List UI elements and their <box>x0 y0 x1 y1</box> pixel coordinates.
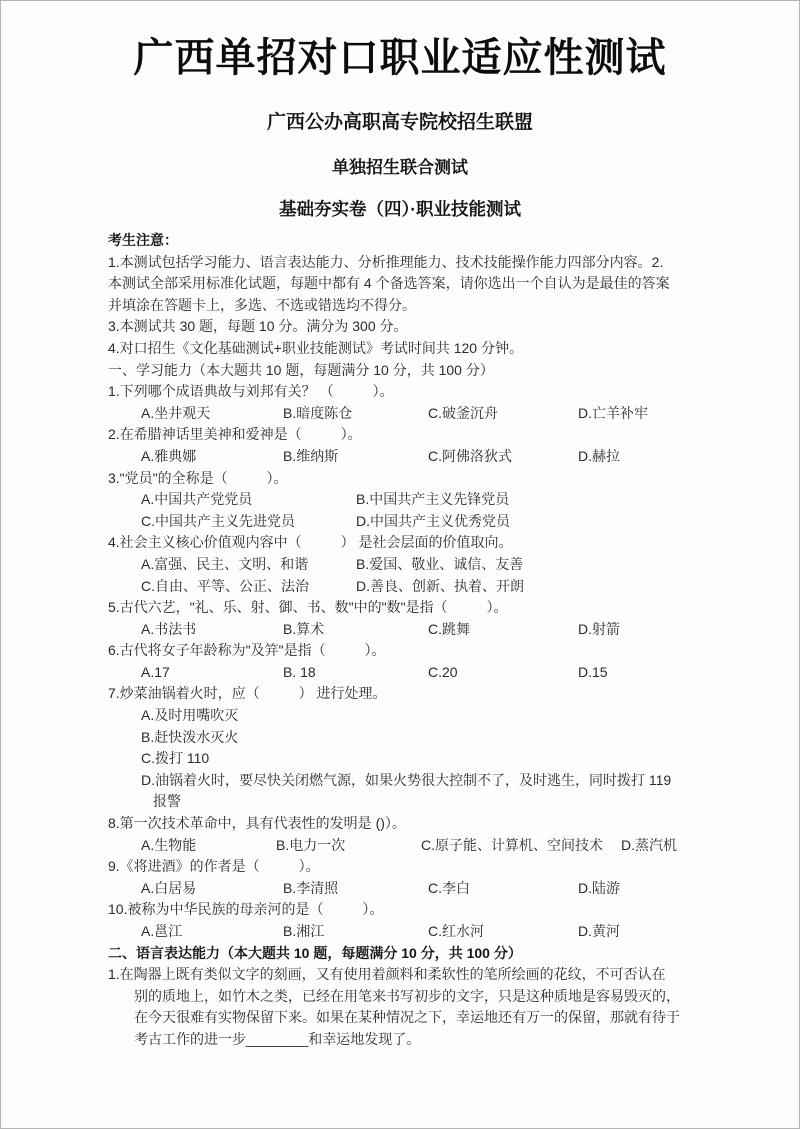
question-options: A.坐井观天 B.暗度陈仓 C.破釜沉舟 D.亡羊补牢 <box>108 403 699 425</box>
question-options: A.富强、民主、文明、和谐 B.爱国、敬业、诚信、友善 C.自由、平等、公正、法… <box>108 554 699 597</box>
option-a: A.书法书 <box>141 619 283 641</box>
passage-line-1: 1.在陶器上既有类似文字的刻画，又有使用着颜料和柔软性的笔所绘画的花纹，不可否认… <box>108 964 699 986</box>
question-options: A.及时用嘴吹灭 B.赶快泼水灭火 C.拨打 110 D.油锅着火时，要尽快关闭… <box>108 705 699 813</box>
option-c: C.李白 <box>428 878 578 900</box>
notice-line-4: 3.本测试共 30 题，每题 10 分。满分为 300 分。 <box>108 316 699 338</box>
question-stem: 4.社会主义核心价值观内容中（ ） 是社会层面的价值取向。 <box>108 532 699 554</box>
option-c: C.自由、平等、公正、法治 <box>141 576 356 598</box>
option-c: C.中国共产主义先进党员 <box>141 511 356 533</box>
question-1: 1.下列哪个成语典故与刘邦有关？ （ ）。 A.坐井观天 B.暗度陈仓 C.破釜… <box>108 381 699 424</box>
notice-line-2: 本测试全部采用标准化试题，每题中都有 4 个备选答案，请你选出一个自认为是最佳的… <box>108 273 699 295</box>
question-options: A.邕江 B.湘江 C.红水河 D.黄河 <box>108 921 699 943</box>
question-stem: 8.第一次技术革命中，具有代表性的发明是 ()）。 <box>108 813 699 835</box>
notice-label: 考生注意： <box>108 230 699 252</box>
question-options: A.雅典娜 B.维纳斯 C.阿佛洛狄式 D.赫拉 <box>108 446 699 468</box>
option-b: B.湘江 <box>283 921 428 943</box>
option-c: C.原子能、计算机、空间技术 <box>421 835 621 857</box>
option-b: B.暗度陈仓 <box>283 403 428 425</box>
option-b: B.电力一次 <box>276 835 421 857</box>
section-2-heading: 二、语言表达能力（本大题共 10 题，每题满分 10 分，共 100 分） <box>108 943 699 965</box>
option-a: A.生物能 <box>141 835 276 857</box>
notice-line-1: 1.本测试包括学习能力、语言表达能力、分析推理能力、技术技能操作能力四部分内容。… <box>108 252 699 274</box>
option-a: A.邕江 <box>141 921 283 943</box>
option-a: A.雅典娜 <box>141 446 283 468</box>
question-3: 3."党员"的全称是（ ）。 A.中国共产党党员 B.中国共产主义先锋党员 C.… <box>108 468 699 533</box>
option-c: C.拨打 110 <box>141 748 699 770</box>
option-b: B.维纳斯 <box>283 446 428 468</box>
exam-paper-page: 广西单招对口职业适应性测试 广西公办高职高专院校招生联盟 单独招生联合测试 基础… <box>0 0 800 1129</box>
section-1-heading: 一、学习能力（本大题共 10 题，每题满分 10 分，共 100 分） <box>108 360 699 382</box>
option-c: C.破釜沉舟 <box>428 403 578 425</box>
question-stem: 9.《将进酒》的作者是（ ）。 <box>108 856 699 878</box>
notice-line-5: 4.对口招生《文化基础测试+职业技能测试》考试时间共 120 分钟。 <box>108 338 699 360</box>
option-d: D.中国共产主义优秀党员 <box>356 511 699 533</box>
option-b: B.李清照 <box>283 878 428 900</box>
question-5: 5.古代六艺，"礼、乐、射、御、书、数"中的"数"是指（ ）。 A.书法书 B.… <box>108 597 699 640</box>
option-a: A.白居易 <box>141 878 283 900</box>
option-d: D.亡羊补牢 <box>578 403 699 425</box>
passage-line-3: 在今天很难有实物保留下来。如果在某种情况之下，幸运地还有万一的保留，那就有待于 <box>134 1007 699 1029</box>
question-4: 4.社会主义核心价值观内容中（ ） 是社会层面的价值取向。 A.富强、民主、文明… <box>108 532 699 597</box>
question-options: A.白居易 B.李清照 C.李白 D.陆游 <box>108 878 699 900</box>
question-stem: 1.下列哪个成语典故与刘邦有关？ （ ）。 <box>108 381 699 403</box>
question-6: 6.古代将女子年龄称为"及笄"是指（ ）。 A.17 B. 18 C.20 D.… <box>108 640 699 683</box>
document-header: 广西单招对口职业适应性测试 广西公办高职高专院校招生联盟 单独招生联合测试 基础… <box>1 34 799 221</box>
option-b: B.爱国、敬业、诚信、友善 <box>356 554 699 576</box>
question-2: 2.在希腊神话里美神和爱神是（ ）。 A.雅典娜 B.维纳斯 C.阿佛洛狄式 D… <box>108 424 699 467</box>
question-options: A.17 B. 18 C.20 D.15 <box>108 662 699 684</box>
question-stem: 2.在希腊神话里美神和爱神是（ ）。 <box>108 424 699 446</box>
question-stem: 5.古代六艺，"礼、乐、射、御、书、数"中的"数"是指（ ）。 <box>108 597 699 619</box>
subtitle-league: 广西公办高职高专院校招生联盟 <box>1 107 799 134</box>
option-b: B.赶快泼水灭火 <box>141 727 699 749</box>
option-c: C.阿佛洛狄式 <box>428 446 578 468</box>
option-d: D.蒸汽机 <box>621 835 699 857</box>
question-stem: 7.炒菜油锅着火时，应（ ） 进行处理。 <box>108 683 699 705</box>
option-d: D.黄河 <box>578 921 699 943</box>
document-body: 考生注意： 1.本测试包括学习能力、语言表达能力、分析推理能力、技术技能操作能力… <box>108 230 699 1051</box>
option-b: B.算术 <box>283 619 428 641</box>
question-8: 8.第一次技术革命中，具有代表性的发明是 ()）。 A.生物能 B.电力一次 C… <box>108 813 699 856</box>
question-stem: 6.古代将女子年龄称为"及笄"是指（ ）。 <box>108 640 699 662</box>
option-d: D.射箭 <box>578 619 699 641</box>
option-d: D.陆游 <box>578 878 699 900</box>
question-options: A.书法书 B.算术 C.跳舞 D.射箭 <box>108 619 699 641</box>
subtitle-joint-test: 单独招生联合测试 <box>1 153 799 178</box>
option-d: D.油锅着火时，要尽快关闭燃气源，如果火势很大控制不了，及时逃生，同时拨打 11… <box>141 770 699 792</box>
question-stem: 3."党员"的全称是（ ）。 <box>108 468 699 490</box>
option-c: C.跳舞 <box>428 619 578 641</box>
option-d-continuation: 报警 <box>141 791 699 813</box>
option-b: B.中国共产主义先锋党员 <box>356 489 699 511</box>
section-2-question-1: 1.在陶器上既有类似文字的刻画，又有使用着颜料和柔软性的笔所绘画的花纹，不可否认… <box>108 964 699 1050</box>
passage-line-4: 考古工作的进一步________和幸运地发现了。 <box>134 1029 699 1051</box>
option-d: D.15 <box>578 662 699 684</box>
option-d: D.赫拉 <box>578 446 699 468</box>
page-title: 广西单招对口职业适应性测试 <box>1 34 799 82</box>
question-7: 7.炒菜油锅着火时，应（ ） 进行处理。 A.及时用嘴吹灭 B.赶快泼水灭火 C… <box>108 683 699 813</box>
option-a: A.坐井观天 <box>141 403 283 425</box>
option-a: A.17 <box>141 662 283 684</box>
notice-line-3: 并填涂在答题卡上，多选、不选或错选均不得分。 <box>108 295 699 317</box>
option-d: D.善良、创新、执着、开朗 <box>356 576 699 598</box>
subtitle-paper-name: 基础夯实卷（四）·职业技能测试 <box>1 196 799 221</box>
option-c: C.20 <box>428 662 578 684</box>
question-options: A.生物能 B.电力一次 C.原子能、计算机、空间技术 D.蒸汽机 <box>108 835 699 857</box>
passage-line-2: 别的质地上，如竹木之类，已经在用笔来书写初步的文字，只是这种质地是容易毁灭的， <box>134 986 699 1008</box>
option-a: A.及时用嘴吹灭 <box>141 705 699 727</box>
question-stem: 10.被称为中华民族的母亲河的是（ ）。 <box>108 899 699 921</box>
option-b: B. 18 <box>283 662 428 684</box>
question-10: 10.被称为中华民族的母亲河的是（ ）。 A.邕江 B.湘江 C.红水河 D.黄… <box>108 899 699 942</box>
option-a: A.中国共产党党员 <box>141 489 356 511</box>
option-a: A.富强、民主、文明、和谐 <box>141 554 356 576</box>
option-c: C.红水河 <box>428 921 578 943</box>
question-9: 9.《将进酒》的作者是（ ）。 A.白居易 B.李清照 C.李白 D.陆游 <box>108 856 699 899</box>
question-options: A.中国共产党党员 B.中国共产主义先锋党员 C.中国共产主义先进党员 D.中国… <box>108 489 699 532</box>
